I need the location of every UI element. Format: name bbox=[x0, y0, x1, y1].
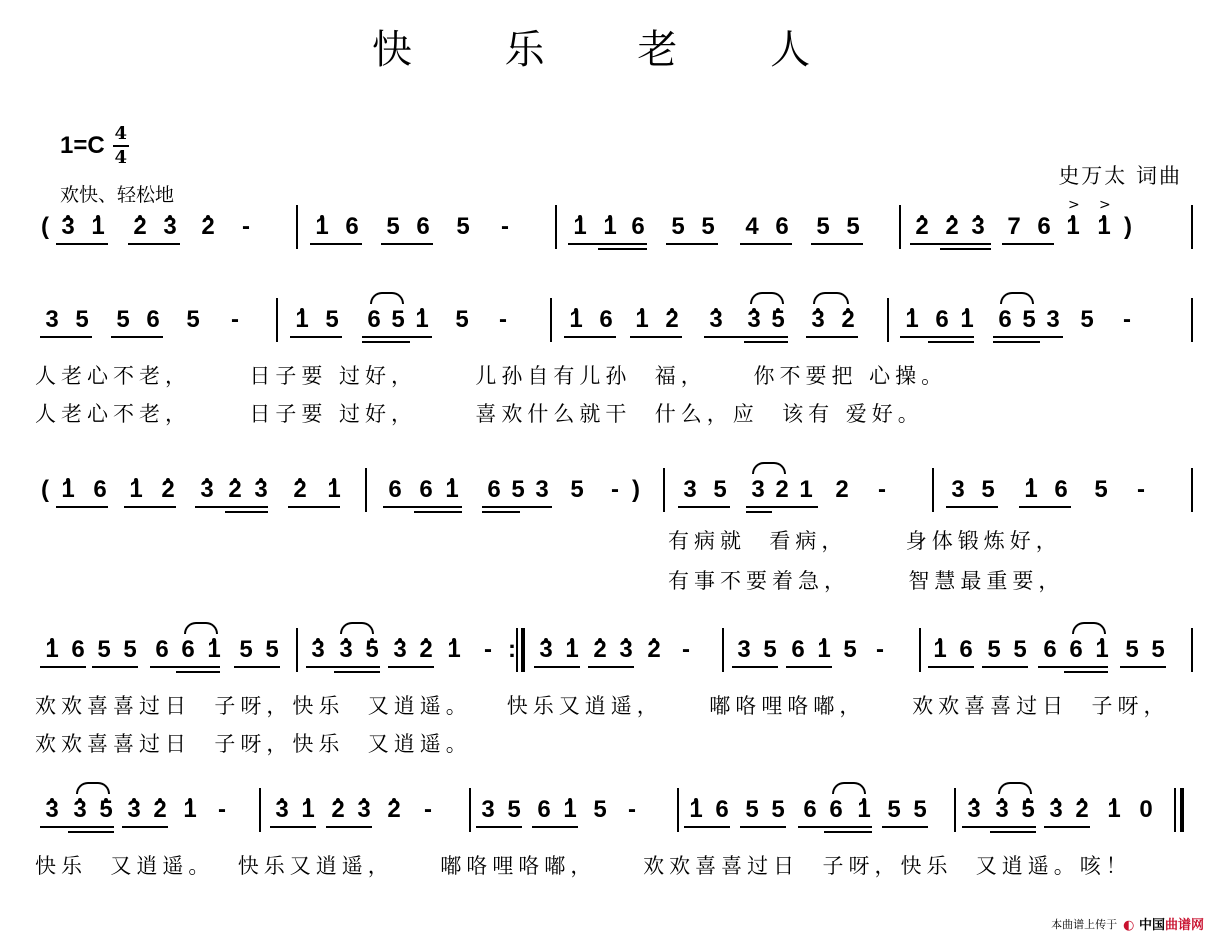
octave-dot bbox=[78, 798, 82, 802]
note: 2 bbox=[838, 306, 858, 334]
underline bbox=[746, 506, 818, 508]
paren: ( bbox=[35, 476, 55, 504]
underline bbox=[630, 336, 682, 338]
underline-double bbox=[1064, 671, 1108, 673]
note: 1 bbox=[570, 213, 590, 241]
logo-brand: 中国 bbox=[1139, 918, 1165, 933]
octave-dot bbox=[752, 308, 756, 312]
note: 5 bbox=[452, 306, 472, 334]
note: 5 bbox=[840, 636, 860, 664]
underline-double bbox=[744, 341, 788, 343]
octave-dot bbox=[320, 215, 324, 219]
note: 1 bbox=[412, 306, 432, 334]
dash: - bbox=[676, 636, 696, 664]
octave-dot bbox=[652, 638, 656, 642]
barline bbox=[296, 628, 298, 672]
octave-dot bbox=[306, 798, 310, 802]
dash: - bbox=[236, 213, 256, 241]
octave-dot bbox=[259, 478, 263, 482]
note: 5 bbox=[383, 213, 403, 241]
note: 6 bbox=[1066, 636, 1086, 664]
note: 2 bbox=[832, 476, 852, 504]
slur-arc bbox=[340, 622, 374, 634]
note: 2 bbox=[772, 476, 792, 504]
note: 2 bbox=[644, 636, 664, 664]
octave-dot bbox=[298, 478, 302, 482]
note: 5 bbox=[768, 796, 788, 824]
note: 1 bbox=[562, 636, 582, 664]
underline bbox=[362, 336, 432, 338]
note: 1 bbox=[566, 306, 586, 334]
note: 5 bbox=[1077, 306, 1097, 334]
octave-dot bbox=[1026, 798, 1030, 802]
slur-arc bbox=[1000, 292, 1034, 304]
note: 3 bbox=[70, 796, 90, 824]
note: 1 bbox=[442, 476, 462, 504]
octave-dot bbox=[920, 215, 924, 219]
dash: - bbox=[495, 213, 515, 241]
notation-row: (1612323216616535-)353212-35165- bbox=[0, 468, 1222, 518]
octave-dot bbox=[972, 798, 976, 802]
octave-dot bbox=[132, 798, 136, 802]
note: 6 bbox=[385, 476, 405, 504]
note: 3 bbox=[808, 306, 828, 334]
note: 1 bbox=[686, 796, 706, 824]
barline bbox=[469, 788, 471, 832]
note: 6 bbox=[628, 213, 648, 241]
octave-dot bbox=[450, 478, 454, 482]
note: 6 bbox=[712, 796, 732, 824]
note: 5 bbox=[362, 636, 382, 664]
underline bbox=[1044, 826, 1090, 828]
underline bbox=[40, 666, 86, 668]
underline bbox=[732, 666, 778, 668]
octave-dot bbox=[66, 215, 70, 219]
note: 2 bbox=[158, 476, 178, 504]
note: 5 bbox=[120, 636, 140, 664]
note: 6 bbox=[143, 306, 163, 334]
note: 5 bbox=[768, 306, 788, 334]
underline bbox=[482, 506, 552, 508]
octave-dot bbox=[134, 478, 138, 482]
note: 4 bbox=[742, 213, 762, 241]
underline bbox=[598, 243, 647, 245]
octave-dot bbox=[578, 215, 582, 219]
underline bbox=[56, 506, 108, 508]
barline bbox=[954, 788, 956, 832]
lyric-row: 有事不要着急， 智慧最重要， bbox=[668, 565, 1064, 595]
underline-double bbox=[414, 511, 462, 513]
note: 1 bbox=[600, 213, 620, 241]
time-signature: 4 4 bbox=[113, 125, 129, 167]
underline bbox=[270, 826, 316, 828]
octave-dot bbox=[280, 798, 284, 802]
note: 5 bbox=[113, 306, 133, 334]
underline bbox=[128, 243, 180, 245]
note: 5 bbox=[388, 306, 408, 334]
note: 6 bbox=[413, 213, 433, 241]
note: 2 bbox=[590, 636, 610, 664]
note: 2 bbox=[416, 636, 436, 664]
octave-dot bbox=[1080, 798, 1084, 802]
note: 6 bbox=[152, 636, 172, 664]
note: 6 bbox=[826, 796, 846, 824]
note: 2 bbox=[290, 476, 310, 504]
barline bbox=[555, 205, 557, 249]
note: 5 bbox=[1018, 796, 1038, 824]
note: 2 bbox=[912, 213, 932, 241]
slur-arc bbox=[370, 292, 404, 304]
octave-dot bbox=[694, 798, 698, 802]
note: 1> bbox=[1094, 213, 1114, 241]
note: 1 bbox=[560, 796, 580, 824]
underline bbox=[786, 666, 832, 668]
underline bbox=[1019, 506, 1071, 508]
underline bbox=[306, 666, 380, 668]
octave-dot bbox=[1029, 478, 1033, 482]
underline bbox=[383, 506, 462, 508]
slur-arc bbox=[184, 622, 218, 634]
underline-double bbox=[598, 248, 647, 250]
note: 1 bbox=[292, 306, 312, 334]
note: 6 bbox=[416, 476, 436, 504]
note: 5 bbox=[698, 213, 718, 241]
note: 1 bbox=[324, 476, 344, 504]
logo-icon: ◐ bbox=[1123, 918, 1134, 933]
key-label: 1=C bbox=[60, 132, 105, 160]
note: 3 bbox=[354, 796, 374, 824]
note: 5 bbox=[1010, 636, 1030, 664]
barline bbox=[932, 468, 934, 512]
octave-dot bbox=[233, 478, 237, 482]
note: 6 bbox=[772, 213, 792, 241]
note: 3 bbox=[532, 476, 552, 504]
note: 3 bbox=[968, 213, 988, 241]
lyric-row: 快乐 又逍遥。 快乐又逍遥， 嘟咯哩咯嘟， 欢欢喜喜过日 子呀，快乐 又逍遥。咳… bbox=[35, 850, 1132, 880]
note: 3 bbox=[336, 636, 356, 664]
note: 3 bbox=[680, 476, 700, 504]
notation-row: (31232-16565-116554655223761>1>) bbox=[0, 205, 1222, 255]
note: 6 bbox=[342, 213, 362, 241]
repeat-dots: : bbox=[502, 636, 522, 664]
octave-dot bbox=[168, 215, 172, 219]
note: 2 bbox=[198, 213, 218, 241]
author-credit: 史万太 词曲 bbox=[1058, 160, 1182, 190]
underline bbox=[684, 826, 730, 828]
barline bbox=[1191, 205, 1193, 249]
octave-dot bbox=[206, 215, 210, 219]
underline bbox=[678, 506, 730, 508]
octave-dot bbox=[776, 308, 780, 312]
octave-dot bbox=[188, 798, 192, 802]
dash: - bbox=[225, 306, 245, 334]
note: 6 bbox=[90, 476, 110, 504]
note: 3 bbox=[616, 636, 636, 664]
octave-dot bbox=[1100, 638, 1104, 642]
note: 6 bbox=[932, 306, 952, 334]
barline bbox=[663, 468, 665, 512]
octave-dot bbox=[50, 638, 54, 642]
note: 1 bbox=[957, 306, 977, 334]
note: 3 bbox=[992, 796, 1012, 824]
octave-dot bbox=[624, 638, 628, 642]
note: 5 bbox=[1122, 636, 1142, 664]
octave-dot bbox=[212, 638, 216, 642]
barline bbox=[899, 205, 901, 249]
time-top: 4 bbox=[114, 125, 127, 143]
underline bbox=[290, 336, 342, 338]
note: 1 bbox=[88, 213, 108, 241]
accent-mark: > bbox=[1068, 197, 1080, 213]
underline bbox=[381, 243, 433, 245]
slur-arc bbox=[752, 462, 786, 474]
note: 6 bbox=[995, 306, 1015, 334]
note: 5 bbox=[813, 213, 833, 241]
note: 2 bbox=[328, 796, 348, 824]
octave-dot bbox=[420, 308, 424, 312]
underline-double bbox=[940, 248, 991, 250]
underline-double bbox=[68, 831, 114, 833]
dash: - bbox=[605, 476, 625, 504]
note: 6 bbox=[1034, 213, 1054, 241]
dash: - bbox=[478, 636, 498, 664]
octave-dot bbox=[608, 215, 612, 219]
note: 2 bbox=[384, 796, 404, 824]
paren: ) bbox=[1118, 213, 1138, 241]
dash: - bbox=[622, 796, 642, 824]
octave-dot bbox=[336, 798, 340, 802]
octave-dot bbox=[424, 638, 428, 642]
note: 5 bbox=[322, 306, 342, 334]
underline bbox=[900, 336, 974, 338]
lyric-row: 人老心不老， 日子要 过好， 喜欢什么就干 什么，应 该有 爱好。 bbox=[35, 398, 924, 428]
octave-dot bbox=[370, 638, 374, 642]
octave-dot bbox=[1000, 798, 1004, 802]
octave-dot bbox=[976, 215, 980, 219]
octave-dot bbox=[640, 308, 644, 312]
note: 1 bbox=[1021, 476, 1041, 504]
underline bbox=[806, 336, 858, 338]
note: 7 bbox=[1004, 213, 1024, 241]
note: 5 bbox=[236, 636, 256, 664]
octave-dot bbox=[570, 638, 574, 642]
underline-double bbox=[225, 511, 268, 513]
octave-dot bbox=[66, 478, 70, 482]
underline bbox=[1038, 666, 1108, 668]
note: 5 bbox=[760, 636, 780, 664]
barline bbox=[919, 628, 921, 672]
barline bbox=[365, 468, 367, 512]
octave-dot bbox=[392, 798, 396, 802]
note: 3 bbox=[1043, 306, 1063, 334]
underline bbox=[811, 243, 863, 245]
underline bbox=[476, 826, 522, 828]
octave-dot bbox=[104, 798, 108, 802]
slur-arc bbox=[998, 782, 1032, 794]
note: 1 bbox=[902, 306, 922, 334]
octave-dot bbox=[398, 638, 402, 642]
note: 6 bbox=[788, 636, 808, 664]
octave-dot bbox=[544, 638, 548, 642]
note: 1 bbox=[180, 796, 200, 824]
note: 5 bbox=[590, 796, 610, 824]
underline-double bbox=[746, 511, 772, 513]
note: 3 bbox=[964, 796, 984, 824]
note: 3 bbox=[197, 476, 217, 504]
note: 1 bbox=[1092, 636, 1112, 664]
underline bbox=[195, 506, 268, 508]
repeat-barline bbox=[516, 628, 518, 672]
note: 5 bbox=[984, 636, 1004, 664]
note: 1 bbox=[312, 213, 332, 241]
paren: ) bbox=[626, 476, 646, 504]
slur-arc bbox=[832, 782, 866, 794]
note: 3 bbox=[160, 213, 180, 241]
barline bbox=[677, 788, 679, 832]
dash: - bbox=[1117, 306, 1137, 334]
underline-double bbox=[993, 341, 1040, 343]
note: 5 bbox=[1091, 476, 1111, 504]
underline bbox=[310, 243, 362, 245]
note: 1> bbox=[1063, 213, 1083, 241]
lyric-row: 人老心不老， 日子要 过好， 儿孙自有儿孙 福， 你不要把 心操。 bbox=[35, 360, 947, 390]
underline bbox=[122, 826, 168, 828]
note: 3 bbox=[1046, 796, 1066, 824]
note: 3 bbox=[272, 796, 292, 824]
dash: - bbox=[493, 306, 513, 334]
note: 6 bbox=[68, 636, 88, 664]
barline bbox=[550, 298, 552, 342]
accent-mark: > bbox=[1099, 197, 1111, 213]
note: 3 bbox=[390, 636, 410, 664]
footer-text: 本曲谱上传于 bbox=[1051, 916, 1117, 932]
note: 3 bbox=[58, 213, 78, 241]
note: 2 bbox=[1072, 796, 1092, 824]
octave-dot bbox=[344, 638, 348, 642]
underline bbox=[288, 506, 340, 508]
note: 6 bbox=[364, 306, 384, 334]
dash: - bbox=[1131, 476, 1151, 504]
note: 5 bbox=[504, 796, 524, 824]
note: 1 bbox=[42, 636, 62, 664]
underline-double bbox=[482, 511, 520, 513]
note: 1 bbox=[58, 476, 78, 504]
note: 6 bbox=[1051, 476, 1071, 504]
octave-dot bbox=[598, 638, 602, 642]
underline-double bbox=[928, 341, 974, 343]
note: 3 bbox=[308, 636, 328, 664]
underline bbox=[1002, 243, 1054, 245]
logo-name: 曲谱网 bbox=[1165, 918, 1204, 933]
underline bbox=[928, 666, 974, 668]
note: 1 bbox=[854, 796, 874, 824]
note: 5 bbox=[508, 476, 528, 504]
note: 3 bbox=[251, 476, 271, 504]
note: 1 bbox=[1104, 796, 1124, 824]
octave-dot bbox=[1054, 798, 1058, 802]
note: 5 bbox=[910, 796, 930, 824]
underline bbox=[798, 826, 872, 828]
note: 6 bbox=[596, 306, 616, 334]
note: 3 bbox=[42, 306, 62, 334]
octave-dot bbox=[166, 478, 170, 482]
octave-dot bbox=[816, 308, 820, 312]
underline-double bbox=[334, 671, 380, 673]
octave-dot bbox=[205, 478, 209, 482]
note: 5 bbox=[183, 306, 203, 334]
underline bbox=[124, 506, 176, 508]
note: 6 bbox=[178, 636, 198, 664]
note: 1 bbox=[444, 636, 464, 664]
octave-dot bbox=[846, 308, 850, 312]
notation-row: 335321-31232-35615-1655661553353210 bbox=[0, 788, 1222, 838]
note: 0 bbox=[1136, 796, 1156, 824]
underline bbox=[326, 826, 372, 828]
note: 6 bbox=[534, 796, 554, 824]
note: 3 bbox=[124, 796, 144, 824]
octave-dot bbox=[670, 308, 674, 312]
note: 3 bbox=[748, 476, 768, 504]
slur-arc bbox=[813, 292, 849, 304]
note: 1 bbox=[298, 796, 318, 824]
octave-dot bbox=[950, 215, 954, 219]
note: 5 bbox=[262, 636, 282, 664]
note: 5 bbox=[96, 796, 116, 824]
underline bbox=[962, 826, 1036, 828]
octave-dot bbox=[1102, 215, 1106, 219]
barline bbox=[1191, 628, 1193, 672]
octave-dot bbox=[332, 478, 336, 482]
underline bbox=[388, 666, 434, 668]
underline bbox=[704, 336, 788, 338]
barline bbox=[1191, 468, 1193, 512]
note: 5 bbox=[72, 306, 92, 334]
site-logo[interactable]: ◐ 中国曲谱网 bbox=[1123, 914, 1204, 933]
underline bbox=[946, 506, 998, 508]
underline-double bbox=[176, 671, 220, 673]
note: 5 bbox=[453, 213, 473, 241]
underline bbox=[740, 243, 792, 245]
note: 1 bbox=[204, 636, 224, 664]
barline bbox=[259, 788, 261, 832]
note: 3 bbox=[744, 306, 764, 334]
note: 1 bbox=[814, 636, 834, 664]
underline-double bbox=[362, 341, 410, 343]
dash: - bbox=[872, 476, 892, 504]
underline bbox=[534, 666, 580, 668]
octave-dot bbox=[910, 308, 914, 312]
slur-arc bbox=[76, 782, 110, 794]
octave-dot bbox=[822, 638, 826, 642]
dash: - bbox=[870, 636, 890, 664]
note: 3 bbox=[706, 306, 726, 334]
note: 1 bbox=[796, 476, 816, 504]
note: 2 bbox=[150, 796, 170, 824]
underline bbox=[1120, 666, 1166, 668]
note: 3 bbox=[536, 636, 556, 664]
octave-dot bbox=[50, 798, 54, 802]
octave-dot bbox=[300, 308, 304, 312]
note: 5 bbox=[884, 796, 904, 824]
underline bbox=[982, 666, 1028, 668]
underline bbox=[234, 666, 280, 668]
octave-dot bbox=[138, 215, 142, 219]
octave-dot bbox=[452, 638, 456, 642]
underline-double bbox=[824, 831, 872, 833]
underline bbox=[150, 666, 220, 668]
note: 5 bbox=[567, 476, 587, 504]
note: 5 bbox=[978, 476, 998, 504]
